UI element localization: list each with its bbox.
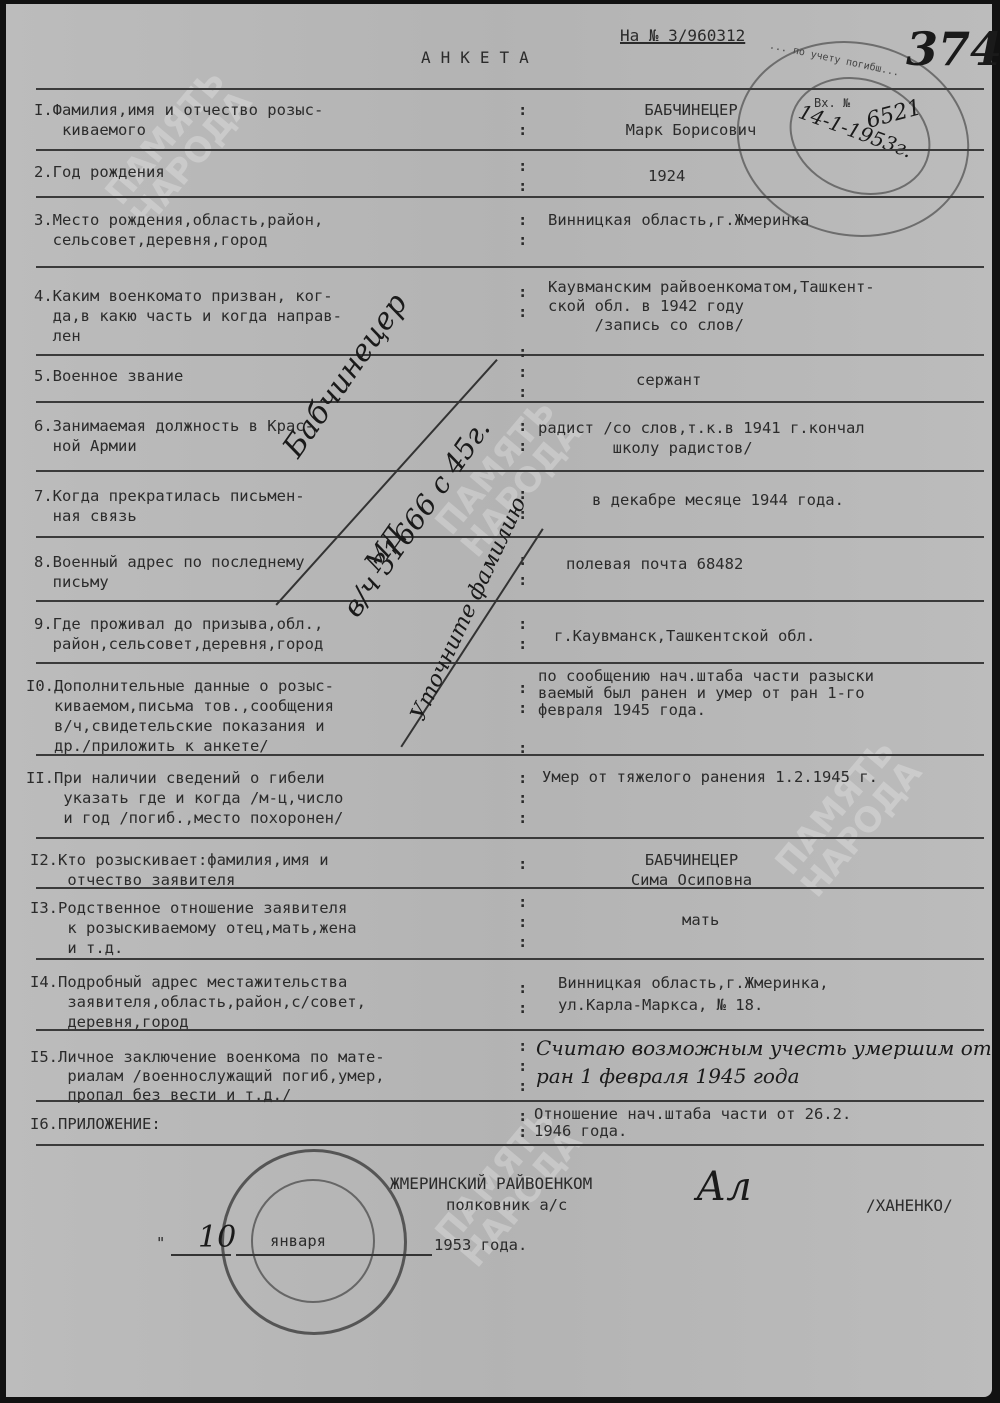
row-answer: Винницкая область,г.Жмеринка, ул.Карла-М… — [558, 972, 829, 1016]
row-question: Родственное отношение заявителя к розыск… — [30, 899, 357, 957]
row-question: Год рождения — [53, 163, 165, 181]
colon-separator: : : — [518, 210, 528, 250]
row-divider — [36, 470, 984, 472]
row-question: Дополнительные данные о розыс- киваемом,… — [26, 677, 334, 755]
row-number: I3. — [30, 899, 58, 917]
row-answer: сержант — [636, 370, 701, 390]
colon-separator: : : — [518, 416, 528, 456]
row-question: Каким военкомато призван, ког- да,в какю… — [34, 287, 342, 345]
row-answer: 1924 — [648, 166, 685, 186]
row-answer: БАБЧИНЕЦЕР Марк Борисович — [596, 100, 786, 140]
row-number: II. — [26, 769, 54, 787]
signatory-name: /ХАНЕНКО/ — [866, 1196, 953, 1215]
row-number: 2. — [34, 163, 53, 181]
date-day-underline — [171, 1254, 231, 1256]
date-month-underline — [236, 1254, 432, 1256]
colon-separator: : : — [518, 100, 528, 140]
row-question: Личное заключение военкома по мате- риал… — [30, 1048, 385, 1104]
row-answer: в декабре месяце 1944 года. — [592, 490, 844, 510]
row-question: При наличии сведений о гибели указать гд… — [26, 769, 343, 827]
row-answer: Винницкая область,г.Жмеринка — [548, 210, 809, 230]
office-name: ЖМЕРИНСКИЙ РАЙВОЕНКОМ — [390, 1174, 592, 1193]
row-number: 4. — [34, 287, 53, 305]
row-number: 7. — [34, 487, 53, 505]
colon-separator: : : : — [518, 678, 528, 758]
colon-separator: : : : — [518, 282, 528, 362]
row-question: Военный адрес по последнему письму — [34, 553, 305, 591]
row-answer: Каувманским райвоенкоматом,Ташкент- ской… — [548, 278, 875, 335]
colon-separator: : : — [518, 156, 528, 196]
row-divider — [36, 600, 984, 602]
row-question: Подробный адрес местажительства заявител… — [30, 973, 366, 1031]
row-number: I4. — [30, 973, 58, 991]
row-number: I5. — [30, 1048, 58, 1066]
row-answer: радист /со слов,т.к.в 1941 г.кончал школ… — [538, 418, 865, 458]
row-answer: Умер от тяжелого ранения 1.2.1945 г. — [542, 767, 878, 787]
row-number: I6. — [30, 1115, 58, 1133]
colon-separator: : : — [518, 614, 528, 654]
row-number: 3. — [34, 211, 53, 229]
row-answer: БАБЧИНЕЦЕР Сима Осиповна — [604, 850, 779, 890]
date-day: 10 — [198, 1220, 236, 1255]
watermark: ПАМЯТЬ НАРОДА — [769, 733, 927, 903]
row-number: I. — [34, 101, 53, 119]
row-number: 6. — [34, 417, 53, 435]
colon-separator: : : : — [518, 892, 528, 952]
row-divider — [36, 401, 984, 403]
reference-number: На № 3/960312 — [620, 26, 745, 45]
handwritten-mark: 374 — [906, 22, 1000, 76]
row-divider — [36, 266, 984, 268]
colon-separator: : : — [518, 978, 528, 1018]
row-answer: по сообщению нач.штаба части разыски вае… — [538, 668, 874, 719]
row-divider — [36, 1144, 984, 1146]
row-answer: полевая почта 68482 — [566, 554, 743, 574]
row-question: Фамилия,имя и отчество розыс- киваемого — [34, 101, 323, 139]
row-number: 8. — [34, 553, 53, 571]
row-divider — [36, 958, 984, 960]
colon-separator: : : : — [518, 768, 528, 828]
row-divider — [36, 662, 984, 664]
document-title: АНКЕТА — [421, 48, 539, 67]
colon-separator: : : — [518, 1108, 528, 1140]
signature: Ал — [696, 1164, 752, 1210]
row-question: Где проживал до призыва,обл., район,сель… — [34, 615, 323, 653]
row-answer-handwritten: Считаю возможным учесть умершим от ран 1… — [536, 1034, 992, 1090]
row-question: Когда прекратилась письмен- ная связь — [34, 487, 305, 525]
row-number: 5. — [34, 367, 53, 385]
row-number: I2. — [30, 851, 58, 869]
date-month: января — [270, 1232, 326, 1250]
row-answer: Отношение нач.штаба части от 26.2. 1946 … — [534, 1106, 851, 1140]
colon-separator: : : : — [518, 1036, 528, 1096]
row-answer: г.Каувманск,Ташкентской обл. — [554, 626, 815, 646]
row-question: Занимаемая должность в Крас- ной Армии — [34, 417, 314, 455]
document-page: ПАМЯТЬ НАРОДА ПАМЯТЬ НАРОДА ПАМЯТЬ НАРОД… — [6, 4, 992, 1397]
row-question: Кто розыскивает:фамилия,имя и отчество з… — [30, 851, 329, 889]
row-number: I0. — [26, 677, 54, 695]
signatory-rank: полковник а/с — [446, 1196, 567, 1214]
row-question: ПРИЛОЖЕНИЕ: — [58, 1115, 161, 1133]
row-question: Место рождения,область,район, сельсовет,… — [34, 211, 323, 249]
date-quote: " — [156, 1234, 165, 1252]
colon-separator: : — [518, 854, 528, 874]
row-divider — [36, 354, 984, 356]
row-answer: мать — [682, 910, 719, 930]
colon-separator: : : — [518, 362, 528, 402]
row-divider — [36, 196, 984, 198]
row-divider — [36, 149, 984, 151]
row-number: 9. — [34, 615, 53, 633]
row-divider — [36, 88, 984, 90]
row-divider — [36, 837, 984, 839]
row-question: Военное звание — [53, 367, 184, 385]
date-year: 1953 года. — [434, 1236, 527, 1254]
